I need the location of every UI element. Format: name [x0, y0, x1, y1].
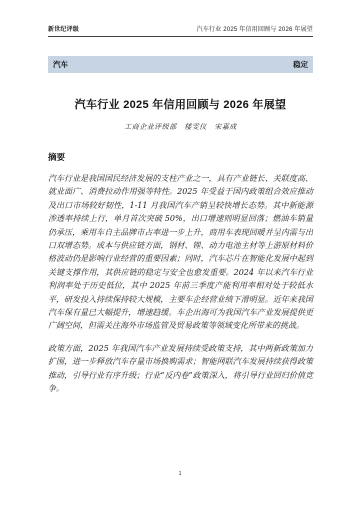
report-title: 汽车行业 2025 年信用回顾与 2026 年展望: [48, 96, 313, 112]
header-brand: 新世纪评级: [48, 24, 79, 33]
summary-paragraph-2: 政策方面，2025 年我国汽车产业发展持续受政策支持，其中两新政策加力扩围，进一…: [48, 342, 313, 396]
header-running-title: 汽车行业 2025 年信用回顾与 2026 年展望: [197, 24, 313, 33]
summary-paragraph-1: 汽车行业是我国国民经济发展的支柱产业之一，具有产业链长、关联度高、就业面广、消费…: [48, 172, 313, 333]
outlook-label: 稳定: [293, 56, 308, 73]
summary-heading: 摘要: [48, 151, 313, 163]
summary-body: 汽车行业是我国国民经济发展的支柱产业之一，具有产业链长、关联度高、就业面广、消费…: [48, 172, 313, 396]
sector-outlook-band: 汽车 稳定: [48, 56, 313, 73]
page-header: 新世纪评级 汽车行业 2025 年信用回顾与 2026 年展望: [48, 24, 313, 37]
report-page: 新世纪评级 汽车行业 2025 年信用回顾与 2026 年展望 汽车 稳定 汽车…: [0, 0, 360, 509]
byline: 工商企业评级部 楼雯仪 宋嘉成: [48, 122, 313, 132]
page-number: 1: [0, 471, 360, 477]
sector-label: 汽车: [53, 56, 68, 73]
